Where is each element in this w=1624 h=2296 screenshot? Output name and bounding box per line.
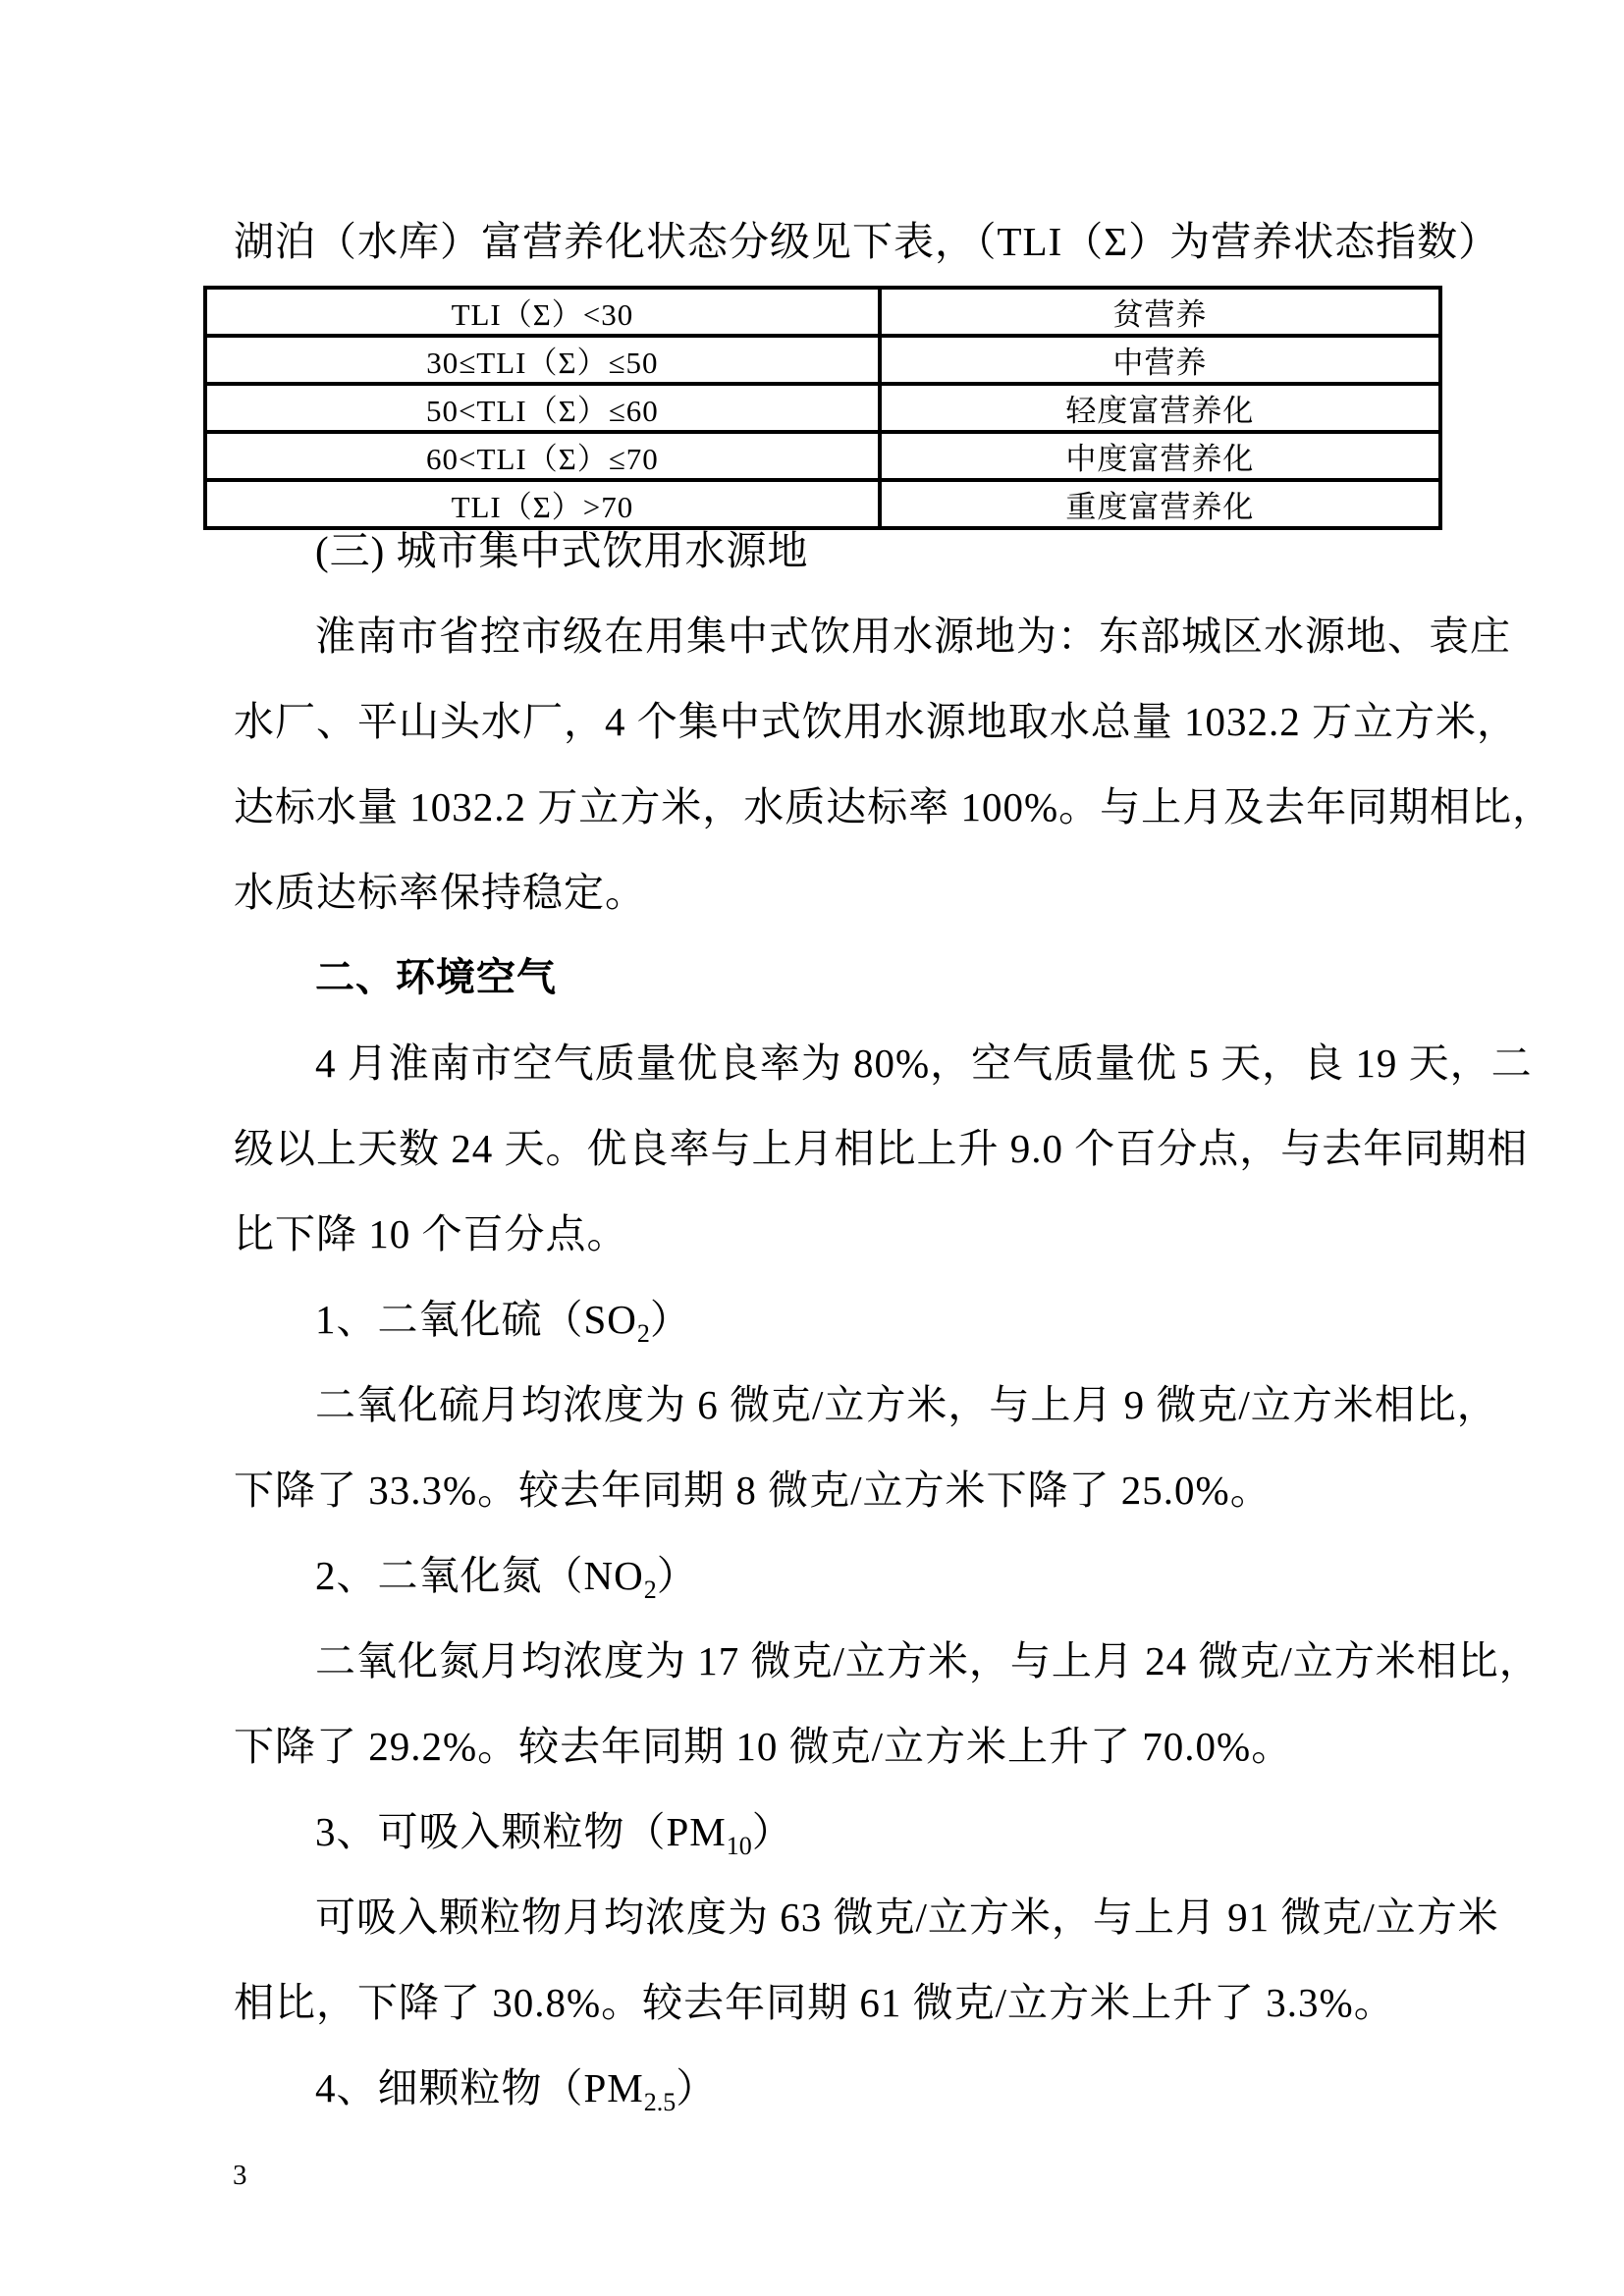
body-line: 下降了 29.2%。较去年同期 10 微克/立方米上升了 70.0%。 — [234, 1704, 1490, 1789]
table-row: 30≤TLI（Σ）≤50中营养 — [205, 336, 1440, 384]
table-cell-level: 中营养 — [880, 336, 1440, 384]
table-row: TLI（Σ）<30贫营养 — [205, 288, 1440, 336]
body-lines: (三) 城市集中式饮用水源地淮南市省控市级在用集中式饮用水源地为：东部城区水源地… — [234, 508, 1490, 2131]
line-text: 下降了 29.2%。较去年同期 10 微克/立方米上升了 70.0%。 — [234, 1724, 1292, 1769]
document-page: 湖泊（水库）富营养化状态分级见下表，（TLI（Σ）为营养状态指数） TLI（Σ）… — [0, 0, 1624, 2296]
line-text: 达标水量 1032.2 万立方米，水质达标率 100%。与上月及去年同期相比， — [234, 784, 1553, 829]
line-text: 二、环境空气 — [315, 956, 557, 999]
line-text: 级以上天数 24 天。优良率与上月相比上升 9.0 个百分点，与去年同期相 — [234, 1126, 1528, 1171]
body-line: 下降了 33.3%。较去年同期 8 微克/立方米下降了 25.0%。 — [234, 1448, 1490, 1533]
line-text: 淮南市省控市级在用集中式饮用水源地为：东部城区水源地、袁庄 — [315, 614, 1511, 659]
body-line: 二氧化氮月均浓度为 17 微克/立方米，与上月 24 微克/立方米相比， — [234, 1619, 1490, 1704]
subscript-text: 2.5 — [644, 2088, 677, 2116]
subscript-text: 10 — [727, 1832, 752, 1860]
table-cell-range: TLI（Σ）<30 — [205, 288, 880, 336]
body-line: 水质达标率保持稳定。 — [234, 850, 1490, 935]
line-text: 水厂、平山头水厂，4 个集中式饮用水源地取水总量 1032.2 万立方米， — [234, 699, 1518, 744]
body-line: 淮南市省控市级在用集中式饮用水源地为：东部城区水源地、袁庄 — [234, 594, 1490, 679]
line-text: (三) 城市集中式饮用水源地 — [315, 528, 809, 573]
line-text: 相比，下降了 30.8%。较去年同期 61 微克/立方米上升了 3.3%。 — [234, 1980, 1395, 2025]
table-cell-level: 轻度富营养化 — [880, 384, 1440, 432]
table-row: 50<TLI（Σ）≤60轻度富营养化 — [205, 384, 1440, 432]
body-line: 4、细颗粒物（PM2.5） — [234, 2046, 1490, 2131]
line-text: 1、二氧化硫（SO — [315, 1297, 637, 1342]
body-line: 水厂、平山头水厂，4 个集中式饮用水源地取水总量 1032.2 万立方米， — [234, 679, 1490, 765]
tli-classification-table: TLI（Σ）<30贫营养30≤TLI（Σ）≤50中营养50<TLI（Σ）≤60轻… — [203, 286, 1442, 530]
line-text: 比下降 10 个百分点。 — [234, 1211, 628, 1256]
line-text: 4、细颗粒物（PM — [315, 2065, 644, 2110]
table-cell-range: 30≤TLI（Σ）≤50 — [205, 336, 880, 384]
line-text: ） — [752, 1809, 793, 1854]
table-cell-level: 贫营养 — [880, 288, 1440, 336]
intro-line: 湖泊（水库）富营养化状态分级见下表，（TLI（Σ）为营养状态指数） — [234, 199, 1490, 285]
line-text: 水质达标率保持稳定。 — [234, 870, 646, 915]
body-line: 4 月淮南市空气质量优良率为 80%，空气质量优 5 天，良 19 天，二 — [234, 1021, 1490, 1106]
line-text: ） — [657, 1553, 698, 1598]
body-line: 2、二氧化氮（NO2） — [234, 1533, 1490, 1619]
body-line: 比下降 10 个百分点。 — [234, 1192, 1490, 1277]
subscript-text: 2 — [644, 1575, 657, 1604]
body-line: 达标水量 1032.2 万立方米，水质达标率 100%。与上月及去年同期相比， — [234, 765, 1490, 850]
line-text: 可吸入颗粒物月均浓度为 63 微克/立方米，与上月 91 微克/立方米 — [315, 1895, 1499, 1940]
subscript-text: 2 — [637, 1319, 650, 1348]
section-heading: 二、环境空气 — [234, 935, 1490, 1021]
body-line: 二氧化硫月均浓度为 6 微克/立方米，与上月 9 微克/立方米相比， — [234, 1362, 1490, 1448]
line-text: 下降了 33.3%。较去年同期 8 微克/立方米下降了 25.0%。 — [234, 1468, 1272, 1513]
line-text: 4 月淮南市空气质量优良率为 80%，空气质量优 5 天，良 19 天，二 — [315, 1041, 1533, 1086]
line-text: 2、二氧化氮（NO — [315, 1553, 644, 1598]
page-number: 3 — [233, 2156, 247, 2195]
table-cell-level: 中度富营养化 — [880, 432, 1440, 480]
table-row: 60<TLI（Σ）≤70中度富营养化 — [205, 432, 1440, 480]
body-line: (三) 城市集中式饮用水源地 — [234, 508, 1490, 594]
line-text: 二氧化氮月均浓度为 17 微克/立方米，与上月 24 微克/立方米相比， — [315, 1638, 1541, 1683]
body-line: 相比，下降了 30.8%。较去年同期 61 微克/立方米上升了 3.3%。 — [234, 1960, 1490, 2046]
body-line: 可吸入颗粒物月均浓度为 63 微克/立方米，与上月 91 微克/立方米 — [234, 1875, 1490, 1960]
line-text: 二氧化硫月均浓度为 6 微克/立方米，与上月 9 微克/立方米相比， — [315, 1382, 1498, 1427]
body-line: 1、二氧化硫（SO2） — [234, 1277, 1490, 1362]
table-cell-range: 60<TLI（Σ）≤70 — [205, 432, 880, 480]
line-text: 3、可吸入颗粒物（PM — [315, 1809, 727, 1854]
body-line: 3、可吸入颗粒物（PM10） — [234, 1789, 1490, 1875]
table-cell-range: 50<TLI（Σ）≤60 — [205, 384, 880, 432]
line-text: ） — [650, 1297, 691, 1342]
tli-table-body: TLI（Σ）<30贫营养30≤TLI（Σ）≤50中营养50<TLI（Σ）≤60轻… — [205, 288, 1440, 528]
body-line: 级以上天数 24 天。优良率与上月相比上升 9.0 个百分点，与去年同期相 — [234, 1106, 1490, 1192]
line-text: ） — [676, 2065, 717, 2110]
